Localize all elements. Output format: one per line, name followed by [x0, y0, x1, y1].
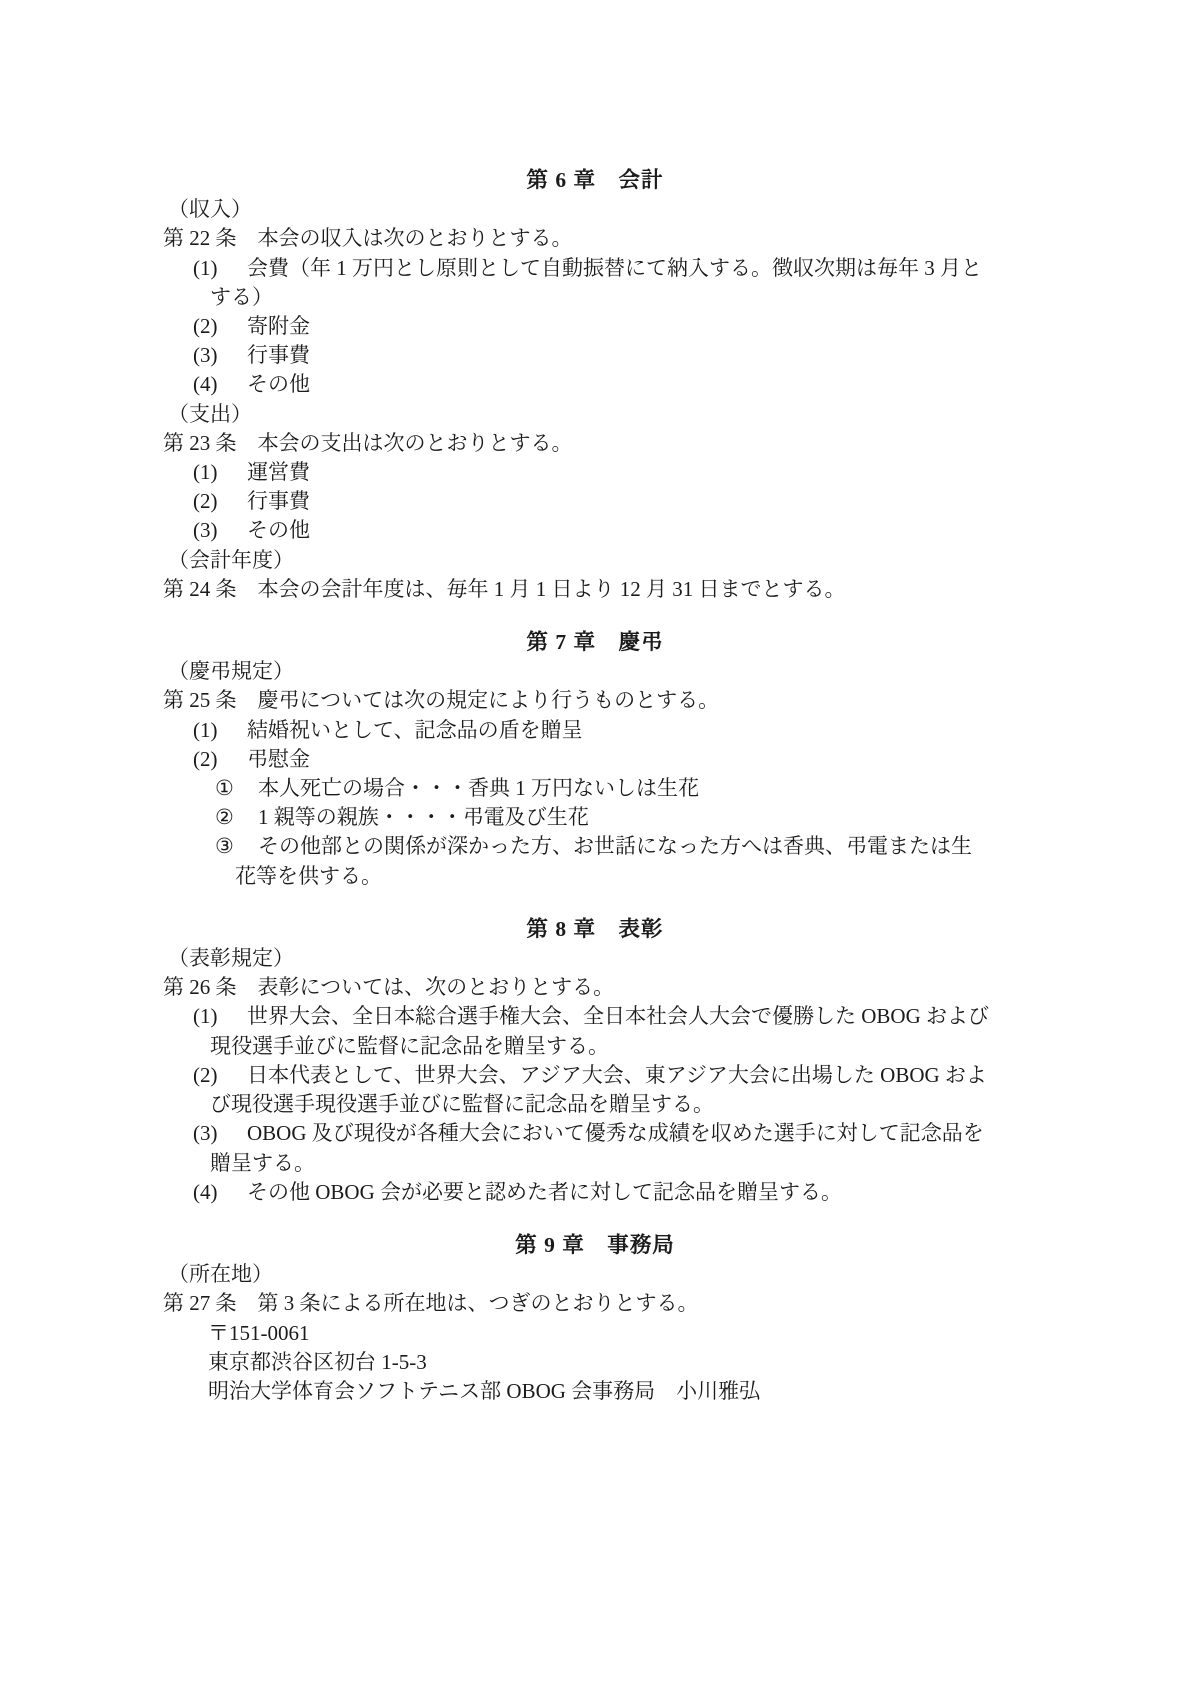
circled-sub-item-continuation: 花等を供する。	[235, 862, 1190, 891]
item-number: (1)	[193, 716, 247, 745]
item-text: 本人死亡の場合・・・香典 1 万円ないしは生花	[258, 774, 699, 803]
numbered-item: (2)弔慰金	[193, 745, 1190, 774]
item-number: (1)	[193, 254, 247, 283]
article-line: 第 27 条 第 3 条による所在地は、つぎのとおりとする。	[163, 1289, 1190, 1318]
item-number: ②	[215, 803, 258, 832]
item-number: (2)	[193, 312, 247, 341]
paren-subheading: （慶弔規定）	[168, 657, 1190, 686]
item-number: (3)	[193, 1119, 247, 1148]
item-number: (2)	[193, 745, 247, 774]
article-line: 第 23 条 本会の支出は次のとおりとする。	[163, 429, 1190, 458]
paren-subheading: （収入）	[168, 195, 1190, 224]
item-text: 会費（年 1 万円とし原則として自動振替にて納入する。徴収次期は毎年 3 月と	[247, 254, 982, 283]
chapter-heading: 第 6 章 会計	[0, 166, 1190, 195]
item-text: 運営費	[247, 458, 310, 487]
item-number: (2)	[193, 487, 247, 516]
chapter-heading: 第 7 章 慶弔	[0, 628, 1190, 657]
item-number: (1)	[193, 458, 247, 487]
item-number: (2)	[193, 1061, 247, 1090]
document-content: 第 6 章 会計（収入）第 22 条 本会の収入は次のとおりとする。(1)会費（…	[0, 166, 1190, 1406]
paren-subheading: （支出）	[168, 400, 1190, 429]
item-number: (1)	[193, 1002, 247, 1031]
circled-sub-item: ①本人死亡の場合・・・香典 1 万円ないしは生花	[215, 774, 1190, 803]
item-text: 世界大会、全日本総合選手権大会、全日本社会人大会で優勝した OBOG および	[247, 1002, 989, 1031]
chapter-heading: 第 9 章 事務局	[0, 1231, 1190, 1260]
item-text: その他部との関係が深かった方、お世話になった方へは香典、弔電または生	[258, 832, 972, 861]
numbered-item: (4)その他	[193, 370, 1190, 399]
numbered-item: (1)世界大会、全日本総合選手権大会、全日本社会人大会で優勝した OBOG およ…	[193, 1002, 1190, 1031]
document-page: 第 6 章 会計（収入）第 22 条 本会の収入は次のとおりとする。(1)会費（…	[0, 0, 1190, 1683]
numbered-item-continuation: び現役選手現役選手並びに監督に記念品を贈呈する。	[210, 1090, 1190, 1119]
item-text: 寄附金	[247, 312, 310, 341]
numbered-item: (2)行事費	[193, 487, 1190, 516]
item-text: 結婚祝いとして、記念品の盾を贈呈	[247, 716, 583, 745]
item-text: 日本代表として、世界大会、アジア大会、東アジア大会に出場した OBOG およ	[247, 1061, 987, 1090]
article-line: 第 22 条 本会の収入は次のとおりとする。	[163, 224, 1190, 253]
numbered-item-continuation: 贈呈する。	[210, 1149, 1190, 1178]
numbered-item: (3)行事費	[193, 341, 1190, 370]
numbered-item: (2)寄附金	[193, 312, 1190, 341]
item-text: その他	[247, 370, 310, 399]
paren-subheading: （表彰規定）	[168, 944, 1190, 973]
address-line: 〒151-0061	[208, 1319, 1190, 1348]
item-text: その他	[247, 516, 310, 545]
item-text: 1 親等の親族・・・・弔電及び生花	[258, 803, 589, 832]
item-number: (4)	[193, 370, 247, 399]
numbered-item: (1)結婚祝いとして、記念品の盾を贈呈	[193, 716, 1190, 745]
item-text: 弔慰金	[247, 745, 310, 774]
numbered-item: (4)その他 OBOG 会が必要と認めた者に対して記念品を贈呈する。	[193, 1178, 1190, 1207]
numbered-item: (1)運営費	[193, 458, 1190, 487]
numbered-item: (2)日本代表として、世界大会、アジア大会、東アジア大会に出場した OBOG お…	[193, 1061, 1190, 1090]
item-text: その他 OBOG 会が必要と認めた者に対して記念品を贈呈する。	[247, 1178, 842, 1207]
item-text: 行事費	[247, 341, 310, 370]
numbered-item: (3)その他	[193, 516, 1190, 545]
article-line: 第 24 条 本会の会計年度は、毎年 1 月 1 日より 12 月 31 日まで…	[163, 575, 1190, 604]
numbered-item-continuation: する）	[210, 283, 1190, 312]
circled-sub-item: ③その他部との関係が深かった方、お世話になった方へは香典、弔電または生	[215, 832, 1190, 861]
chapter-heading: 第 8 章 表彰	[0, 915, 1190, 944]
numbered-item: (1)会費（年 1 万円とし原則として自動振替にて納入する。徴収次期は毎年 3 …	[193, 254, 1190, 283]
article-line: 第 25 条 慶弔については次の規定により行うものとする。	[163, 686, 1190, 715]
item-number: ①	[215, 774, 258, 803]
item-number: ③	[215, 832, 258, 861]
item-number: (3)	[193, 516, 247, 545]
numbered-item-continuation: 現役選手並びに監督に記念品を贈呈する。	[210, 1032, 1190, 1061]
item-number: (3)	[193, 341, 247, 370]
article-line: 第 26 条 表彰については、次のとおりとする。	[163, 973, 1190, 1002]
numbered-item: (3)OBOG 及び現役が各種大会において優秀な成績を収めた選手に対して記念品を	[193, 1119, 1190, 1148]
address-line: 東京都渋谷区初台 1-5-3	[208, 1348, 1190, 1377]
item-text: 行事費	[247, 487, 310, 516]
item-number: (4)	[193, 1178, 247, 1207]
paren-subheading: （会計年度）	[168, 546, 1190, 575]
address-line: 明治大学体育会ソフトテニス部 OBOG 会事務局 小川雅弘	[208, 1377, 1190, 1406]
circled-sub-item: ②1 親等の親族・・・・弔電及び生花	[215, 803, 1190, 832]
item-text: OBOG 及び現役が各種大会において優秀な成績を収めた選手に対して記念品を	[247, 1119, 984, 1148]
paren-subheading: （所在地）	[168, 1260, 1190, 1289]
